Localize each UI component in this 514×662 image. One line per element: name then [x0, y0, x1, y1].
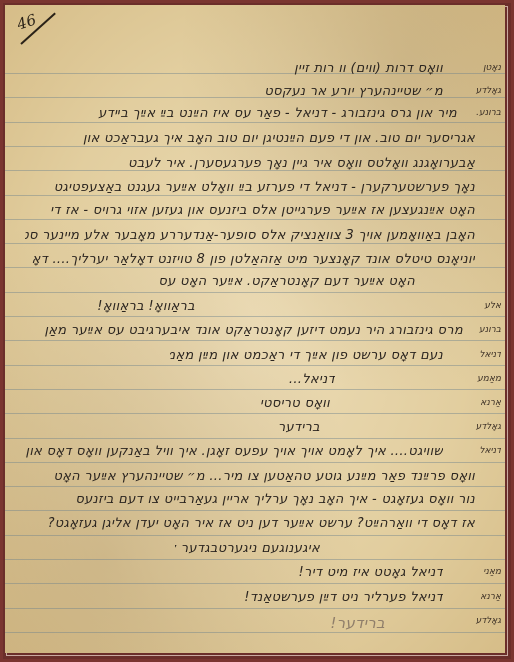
script-line: אַרנאוואָס טריסטי	[5, 396, 505, 418]
script-line: דניאלנעם דאָס ערשט פון אײַך די ראַכמט או…	[5, 348, 505, 370]
speaker-name: מאַמע	[467, 374, 501, 384]
dialogue-text: ברידער	[205, 420, 320, 435]
dialogue-text: אַבערואָגנג וואָלטס וואָס איר גיין נאָך …	[30, 156, 475, 171]
script-line: אז דאָס די וואַרהײַט? ערשט אײַער דען ניט…	[5, 516, 505, 538]
script-line: ברונעמרס גינזבורג היר נעמט דיזען קאָנטרא…	[5, 323, 505, 345]
script-line: האָבן באַוואָמען אויך 3 צוואַנציק אלס סו…	[5, 228, 505, 250]
script-line: אלעבראַוואָ! בראַוואָ!	[5, 299, 505, 321]
dialogue-text: נעם דאָס ערשט פון אײַך די ראַכמט און מײַ…	[170, 348, 443, 363]
speaker-name: ברונע.	[467, 108, 501, 118]
speaker-name: דניאל	[467, 350, 501, 360]
dialogue-text: איגענוגעם ניגערטבגדער ליגן!	[175, 541, 320, 556]
speaker-name: גאָלדע	[467, 86, 501, 96]
speaker-name: ברונע	[467, 325, 501, 335]
dialogue-text: אגריסער יום טוב. און די פעם הײַנטיגן יום…	[30, 131, 475, 146]
script-line: גאָלדעברידער	[5, 420, 505, 442]
speaker-name: דניאל	[467, 446, 501, 456]
dialogue-text: וואָס טריסטי	[205, 396, 330, 411]
dialogue-text: וואָס דרות (ווים) וו רות זיין	[260, 61, 443, 76]
script-line: האָט אײַער דעם קאָנטראַקט. אײַער האָט עס…	[5, 274, 505, 296]
speaker-name: מאַני	[467, 567, 501, 577]
speaker-name: נאָטן	[467, 63, 501, 73]
script-line: וואָס פרײַנד פאַר מײַנע גוטע טהאַטען צו …	[5, 469, 505, 491]
script-line: אַרנאדניאל פערליר ניט דײַן פערשטאַנד!	[5, 590, 505, 612]
script-line: גאָלדעמ״ שטיינהערץ יורע אר נעקסט	[5, 84, 505, 106]
script-line: איגענוגעם ניגערטבגדער ליגן!	[5, 541, 505, 563]
dialogue-text: האָט אײַער דעם קאָנטראַקט. אײַער האָט עס…	[155, 274, 415, 289]
script-line: נאָטןוואָס דרות (ווים) וו רות זיין	[5, 61, 505, 83]
script-line: נור וואָס געזאָגט - איך האָב נאָך ערליך …	[5, 492, 505, 514]
dialogue-text: דניאל פערליר ניט דײַן פערשטאַנד!	[165, 590, 443, 605]
script-line: מאַנידניאל גאָטט איז מיט דיר!	[5, 565, 505, 587]
dialogue-text: מ״ שטיינהערץ יורע אר נעקסט	[260, 84, 443, 99]
dialogue-text: וואָס פרײַנד פאַר מײַנע גוטע טהאַטען צו …	[25, 469, 475, 484]
dialogue-text: מרס גינזבורג היר נעמט דיזען קאָנטראַקט א…	[25, 323, 463, 338]
speaker-name: גאָלדע	[467, 616, 501, 626]
speaker-name: אַרנא	[467, 398, 501, 408]
script-line: ברונע.מיר און גרס גינזבורג - דניאל - פאַ…	[5, 106, 505, 128]
dialogue-text: דניאל...	[205, 372, 335, 387]
script-line: האָט אײַנגעצען אז אײַער פערגייטן אלס ביז…	[5, 203, 505, 225]
speaker-name: אלע	[467, 301, 501, 311]
script-line: גאָלדעברידער!	[5, 614, 505, 636]
dialogue-text: מיר און גרס גינזבורג - דניאל - פאַר עס א…	[30, 106, 457, 121]
script-line: יוניאָנס טיטלס אונד קאָנצער מיט אַזהאַלט…	[5, 252, 505, 274]
dialogue-text: שוויגט.... איך לאָמט אויך אויך עפעס זאָג…	[25, 444, 443, 459]
script-line: אגריסער יום טוב. און די פעם הײַנטיגן יום…	[5, 131, 505, 153]
dialogue-text: נאָך פערשטערקערן - דניאל די פערזע בײַ וו…	[25, 180, 475, 195]
dialogue-text: דניאל גאָטט איז מיט דיר!	[180, 565, 443, 580]
dialogue-text: יוניאָנס טיטלס אונד קאָנצער מיט אַזהאַלט…	[25, 252, 475, 267]
speaker-name: גאָלדע	[467, 422, 501, 432]
dialogue-text: האָבן באַוואָמען אויך 3 צוואַנציק אלס סו…	[25, 228, 475, 243]
speaker-name: אַרנא	[467, 592, 501, 602]
dialogue-text: האָט אײַנגעצען אז אײַער פערגייטן אלס ביז…	[25, 203, 475, 218]
script-line: אַבערואָגנג וואָלטס וואָס איר גיין נאָך …	[5, 156, 505, 178]
script-line: מאַמעדניאל...	[5, 372, 505, 394]
manuscript-page: 46 נאָטןוואָס דרות (ווים) וו רות זייןגאָ…	[5, 5, 505, 653]
dialogue-text: ברידער!	[235, 614, 385, 632]
script-line: דניאלשוויגט.... איך לאָמט אויך אויך עפעס…	[5, 444, 505, 466]
dialogue-text: בראַוואָ! בראַוואָ!	[65, 299, 195, 314]
script-line: נאָך פערשטערקערן - דניאל די פערזע בײַ וו…	[5, 180, 505, 202]
dialogue-text: נור וואָס געזאָגט - איך האָב נאָך ערליך …	[25, 492, 475, 507]
dialogue-text: אז דאָס די וואַרהײַט? ערשט אײַער דען ניט…	[25, 516, 475, 531]
